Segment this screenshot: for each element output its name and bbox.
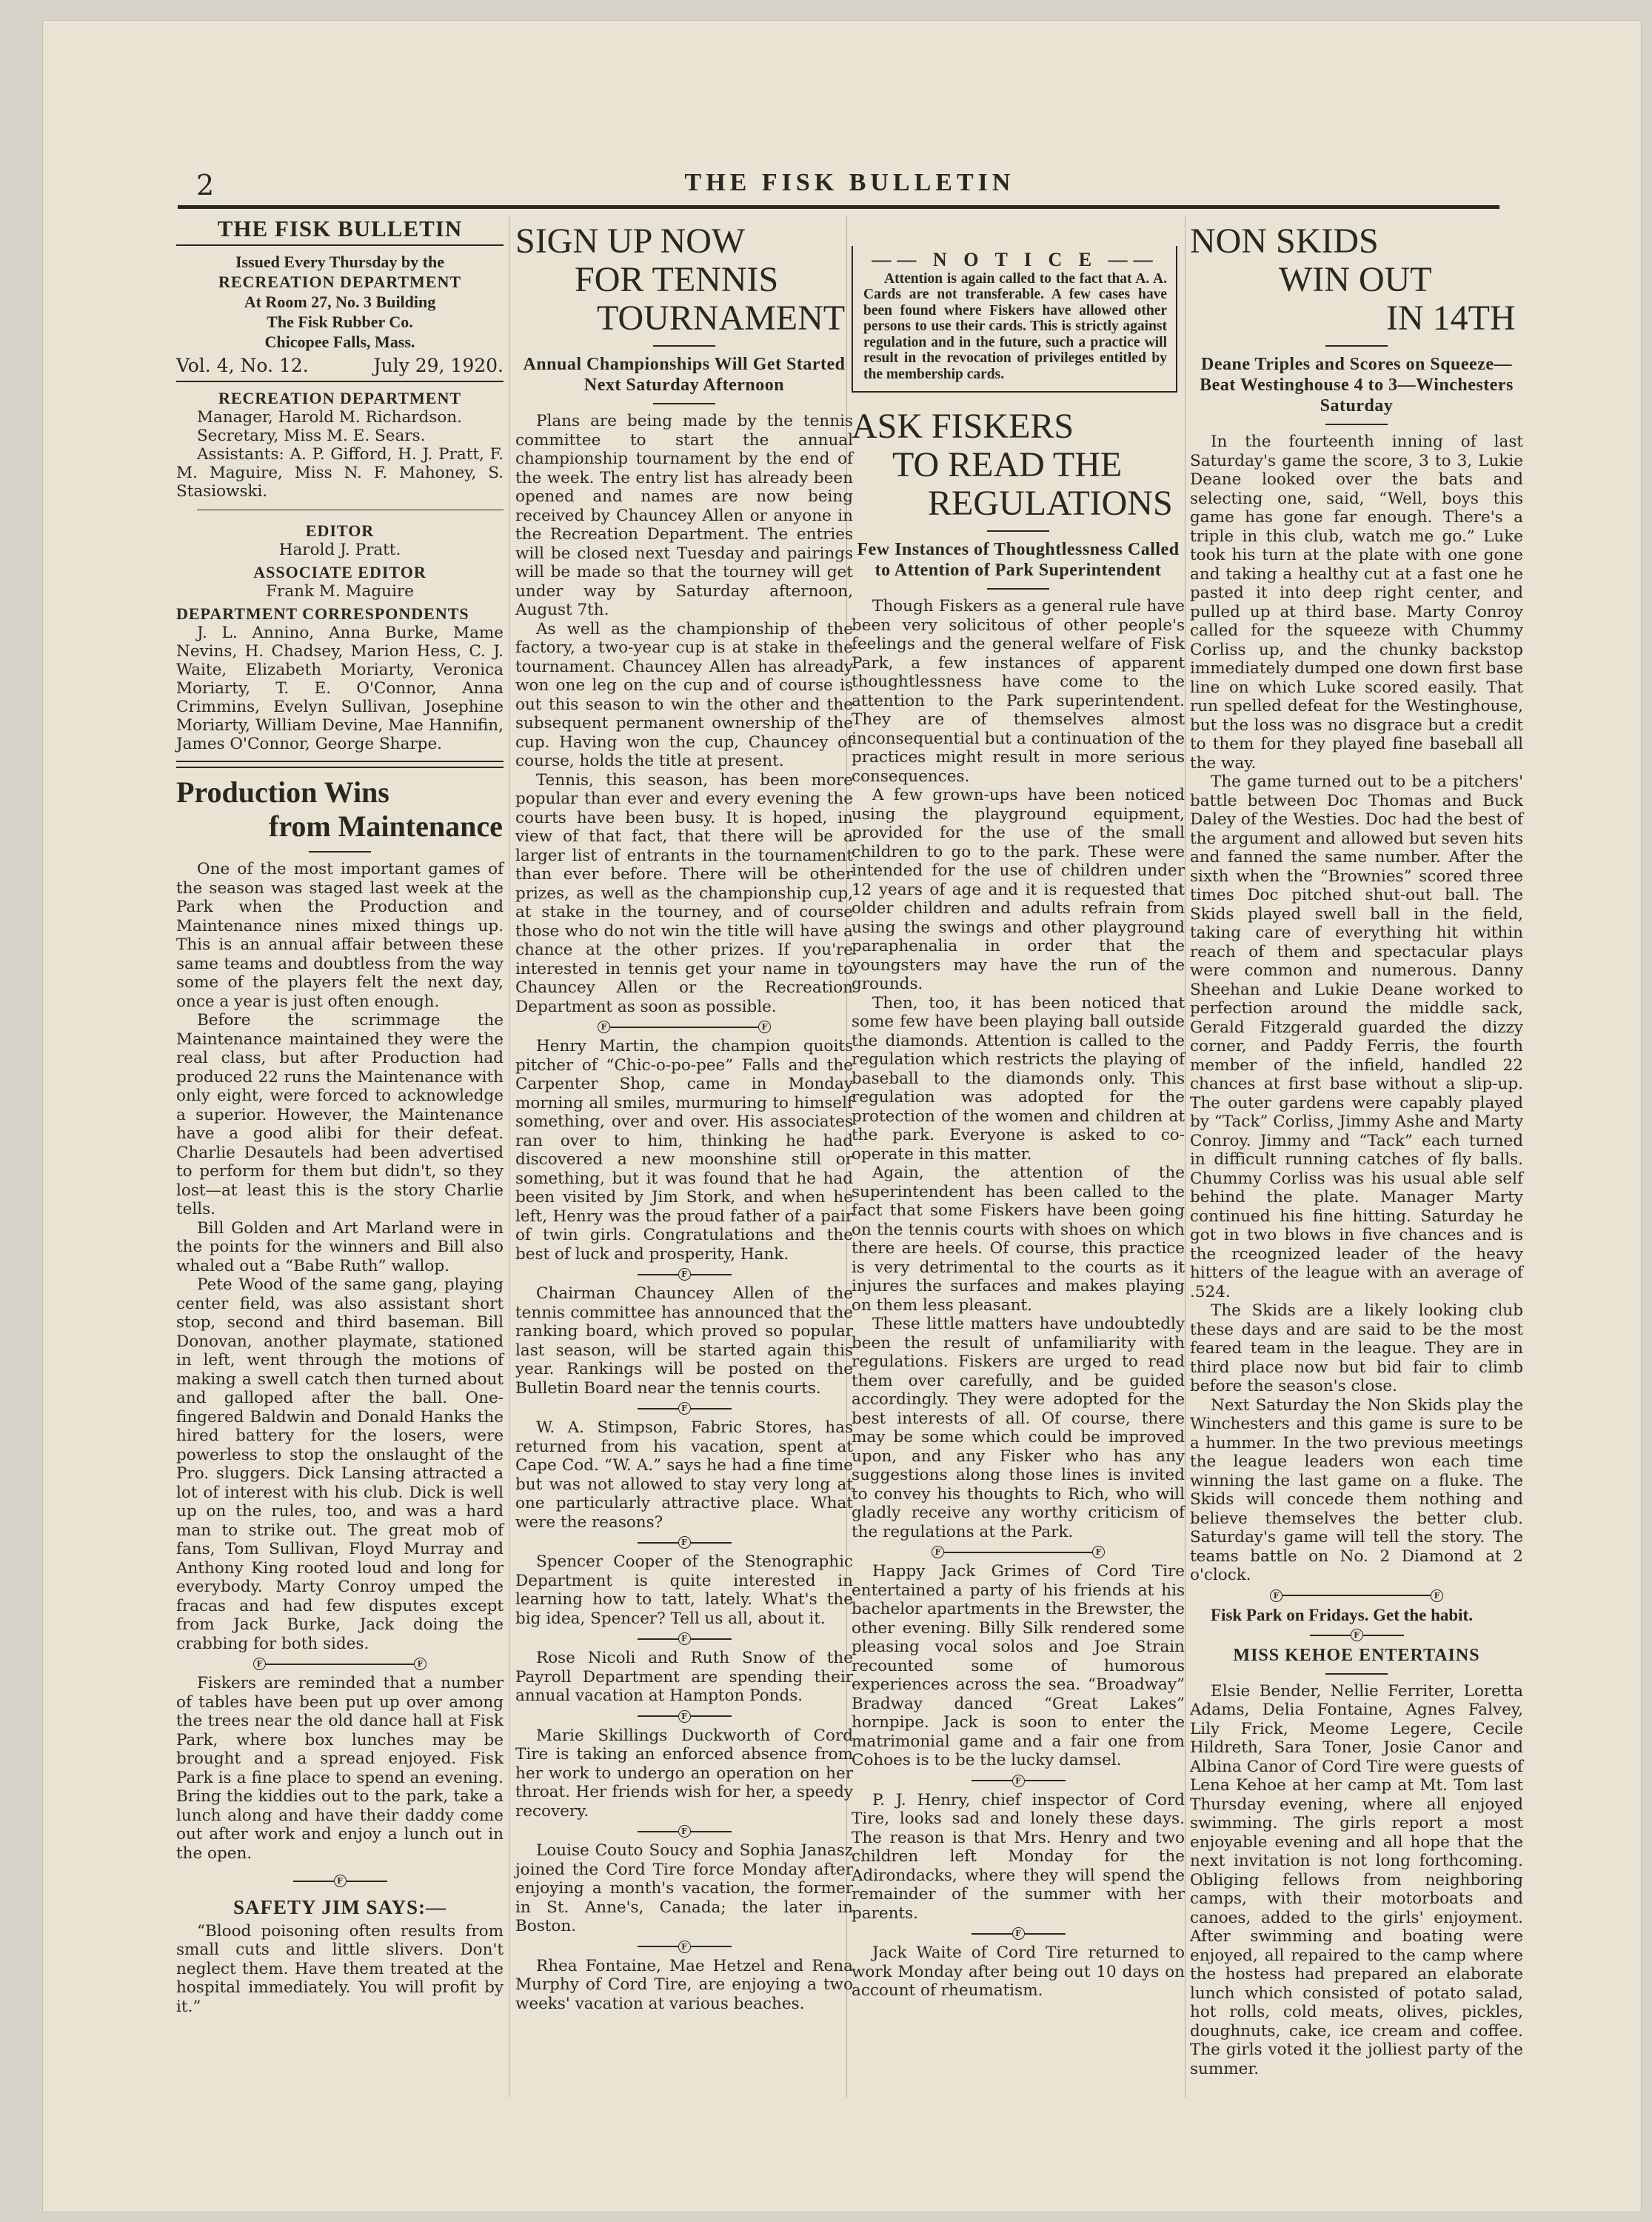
f-separator: F	[515, 1401, 853, 1415]
short-rule	[653, 345, 715, 347]
safety-text: “Blood poisoning often results from smal…	[176, 1922, 504, 2017]
fisk-f-roundel-icon: F	[1431, 1589, 1443, 1602]
fisk-f-roundel-icon: F	[678, 1536, 691, 1549]
regulations-headline: ASK FISKERS TO READ THE REGULATIONS	[852, 407, 1185, 523]
masthead-title: THE FISK BULLETIN	[176, 219, 504, 238]
divider	[176, 244, 504, 246]
article-paragraph: In the fourteenth inning of last Saturda…	[1190, 433, 1523, 773]
article-paragraph: The Skids are a likely looking club thes…	[1190, 1301, 1523, 1396]
f-separator: F	[515, 1535, 853, 1549]
short-rule	[987, 588, 1049, 590]
brief-item: Louise Couto Soucy and Sophia Janasz joi…	[515, 1841, 853, 1936]
headline-line: REGULATIONS	[852, 484, 1185, 523]
article-paragraph: As well as the championship of the facto…	[515, 620, 853, 771]
fisk-f-roundel-icon: F	[678, 1268, 691, 1281]
fisk-f-roundel-icon: F	[334, 1875, 347, 1887]
correspondents-list: J. L. Annino, Anna Burke, Mame Nevins, H…	[176, 624, 504, 753]
fisk-f-roundel-icon: F	[1012, 1775, 1025, 1787]
headline-line: FOR TENNIS	[515, 261, 853, 299]
column-divider	[1185, 216, 1186, 2098]
fisk-f-roundel-icon: F	[1012, 1927, 1025, 1940]
volume-line: Vol. 4, No. 12. July 29, 1920.	[176, 356, 504, 376]
article-paragraph: Again, the attention of the superintende…	[852, 1164, 1185, 1315]
masthead-location: At Room 27, No. 3 Building	[176, 292, 504, 312]
headline-line: TOURNAMENT	[515, 299, 853, 338]
brief-item: Henry Martin, the champion quoits pitche…	[515, 1037, 853, 1264]
fisk-f-roundel-icon: F	[678, 1710, 691, 1723]
fisk-f-roundel-icon: F	[678, 1825, 691, 1838]
editor-name: Harold J. Pratt.	[176, 541, 504, 559]
fisk-f-roundel-icon: F	[932, 1546, 944, 1558]
f-separator-long: FF	[515, 1019, 853, 1034]
f-separator: F	[515, 1267, 853, 1281]
fisk-f-roundel-icon: F	[678, 1402, 691, 1415]
f-separator-long: FF	[852, 1544, 1185, 1559]
f-separator: F	[515, 1939, 853, 1954]
fisk-f-roundel-icon: F	[598, 1021, 610, 1033]
regulations-deck: Few Instances of Thoughtlessness Called …	[852, 539, 1185, 581]
notice-text: Attention is again called to the fact th…	[863, 271, 1167, 383]
article-paragraph: These little matters have undoubtedly be…	[852, 1315, 1185, 1541]
nonskids-deck: Deane Triples and Scores on Squeeze—Beat…	[1190, 354, 1523, 416]
brief-item: P. J. Henry, chief inspector of Cord Tir…	[852, 1791, 1185, 1924]
brief-item: Happy Jack Grimes of Cord Tire entertain…	[852, 1562, 1185, 1770]
staff-secretary: Secretary, Miss M. E. Sears.	[176, 427, 504, 445]
assoc-editor-name: Frank M. Maguire	[176, 582, 504, 601]
masthead-city: Chicopee Falls, Mass.	[176, 332, 504, 352]
fisk-f-roundel-icon: F	[253, 1658, 266, 1670]
column-4: NON SKIDS WIN OUT IN 14TH Deane Triples …	[1190, 216, 1523, 2078]
f-separator: F	[515, 1709, 853, 1724]
tables-note: Fiskers are reminded that a number of ta…	[176, 1674, 504, 1863]
article-paragraph: Pete Wood of the same gang, playing cent…	[176, 1275, 504, 1653]
headline-line: from Maintenance	[176, 810, 504, 844]
article-paragraph: Then, too, it has been noticed that some…	[852, 994, 1185, 1164]
divider	[197, 510, 504, 510]
short-rule	[1325, 1673, 1388, 1675]
article-paragraph: A few grown-ups have been noticed using …	[852, 786, 1185, 994]
f-separator: F	[852, 1773, 1185, 1788]
f-separator: F	[515, 1631, 853, 1646]
brief-item: Rose Nicoli and Ruth Snow of the Payroll…	[515, 1649, 853, 1706]
article-paragraph: Though Fiskers as a general rule have be…	[852, 597, 1185, 786]
article-paragraph: Plans are being made by the tennis commi…	[515, 412, 853, 620]
notice-title: —— N O T I C E ——	[863, 252, 1167, 268]
editor-heading: EDITOR	[176, 521, 504, 541]
fisk-f-roundel-icon: F	[1351, 1629, 1363, 1641]
f-separator: F	[852, 1926, 1185, 1941]
short-rule	[987, 530, 1049, 532]
f-separator-long: FF	[1190, 1588, 1523, 1603]
running-header: 2 THE FISK BULLETIN	[196, 169, 1503, 207]
fisk-f-roundel-icon: F	[414, 1658, 427, 1670]
f-separator: F	[176, 1873, 504, 1888]
fisk-f-roundel-icon: F	[678, 1941, 691, 1953]
headline-line: ASK FISKERS	[852, 407, 1185, 446]
brief-item: Marie Skillings Duckworth of Cord Tire i…	[515, 1726, 853, 1821]
fisk-park-fridays: Fisk Park on Fridays. Get the habit.	[1190, 1606, 1523, 1625]
header-rule	[178, 205, 1499, 209]
article-paragraph: Next Saturday the Non Skids play the Win…	[1190, 1396, 1523, 1585]
kehoe-heading: MISS KEHOE ENTERTAINS	[1190, 1647, 1523, 1666]
masthead-issued: Issued Every Thursday by the	[176, 252, 504, 272]
staff-assistants: Assistants: A. P. Gifford, H. J. Pratt, …	[176, 445, 504, 501]
column-2: SIGN UP NOW FOR TENNIS TOURNAMENT Annual…	[515, 216, 853, 2013]
running-title: THE FISK BULLETIN	[196, 169, 1503, 197]
staff-heading: RECREATION DEPARTMENT	[176, 388, 504, 408]
headline-line: IN 14TH	[1190, 299, 1523, 338]
f-separator: F	[1190, 1627, 1523, 1642]
short-rule	[309, 851, 371, 853]
headline-line: NON SKIDS	[1190, 222, 1523, 261]
article-paragraph: The game turned out to be a pitchers' ba…	[1190, 773, 1523, 1301]
double-rule	[176, 761, 504, 768]
headline-line: Production Wins	[176, 775, 504, 810]
brief-item: Chairman Chauncey Allen of the tennis co…	[515, 1284, 853, 1398]
column-3: —— N O T I C E —— Attention is again cal…	[852, 216, 1185, 2001]
headline-line: SIGN UP NOW	[515, 222, 853, 261]
issue-date: July 29, 1920.	[374, 356, 504, 376]
brief-item: W. A. Stimpson, Fabric Stores, has retur…	[515, 1418, 853, 1532]
volume-number: Vol. 4, No. 12.	[176, 356, 309, 376]
nonskids-headline: NON SKIDS WIN OUT IN 14TH	[1190, 222, 1523, 338]
article-paragraph: One of the most important games of the s…	[176, 860, 504, 1011]
short-rule	[1325, 345, 1388, 347]
masthead-department: RECREATION DEPARTMENT	[176, 272, 504, 292]
assoc-editor-heading: ASSOCIATE EDITOR	[176, 562, 504, 582]
f-separator-long: FF	[176, 1656, 504, 1671]
tennis-deck: Annual Championships Will Get Started Ne…	[515, 354, 853, 396]
tennis-headline: SIGN UP NOW FOR TENNIS TOURNAMENT	[515, 222, 853, 338]
fisk-f-roundel-icon: F	[758, 1021, 771, 1033]
f-separator: F	[515, 1824, 853, 1838]
column-1: THE FISK BULLETIN Issued Every Thursday …	[176, 216, 504, 2016]
brief-item: Spencer Cooper of the Stenographic Depar…	[515, 1552, 853, 1628]
brief-item: Jack Waite of Cord Tire returned to work…	[852, 1944, 1185, 2001]
kehoe-text: Elsie Bender, Nellie Ferriter, Loretta A…	[1190, 1682, 1523, 2079]
safety-heading: SAFETY JIM SAYS:—	[176, 1898, 504, 1918]
article-paragraph: Tennis, this season, has been more popul…	[515, 771, 853, 1017]
column-divider	[509, 216, 509, 2098]
article-paragraph: Bill Golden and Art Marland were in the …	[176, 1219, 504, 1276]
short-rule	[1325, 424, 1388, 425]
notice-box: —— N O T I C E —— Attention is again cal…	[852, 246, 1177, 393]
fisk-f-roundel-icon: F	[1092, 1546, 1105, 1558]
fisk-f-roundel-icon: F	[678, 1632, 691, 1645]
brief-item: Rhea Fontaine, Mae Hetzel and Rena Murph…	[515, 1957, 853, 2014]
production-headline: Production Wins from Maintenance	[176, 775, 504, 844]
headline-line: WIN OUT	[1190, 261, 1523, 299]
short-rule	[653, 403, 715, 404]
article-paragraph: Before the scrimmage the Maintenance mai…	[176, 1011, 504, 1219]
fisk-f-roundel-icon: F	[1270, 1589, 1283, 1602]
staff-manager: Manager, Harold M. Richardson.	[176, 408, 504, 427]
divider	[176, 381, 504, 382]
correspondents-heading: DEPARTMENT CORRESPONDENTS	[176, 604, 504, 624]
headline-line: TO READ THE	[852, 446, 1185, 484]
masthead-company: The Fisk Rubber Co.	[176, 312, 504, 332]
